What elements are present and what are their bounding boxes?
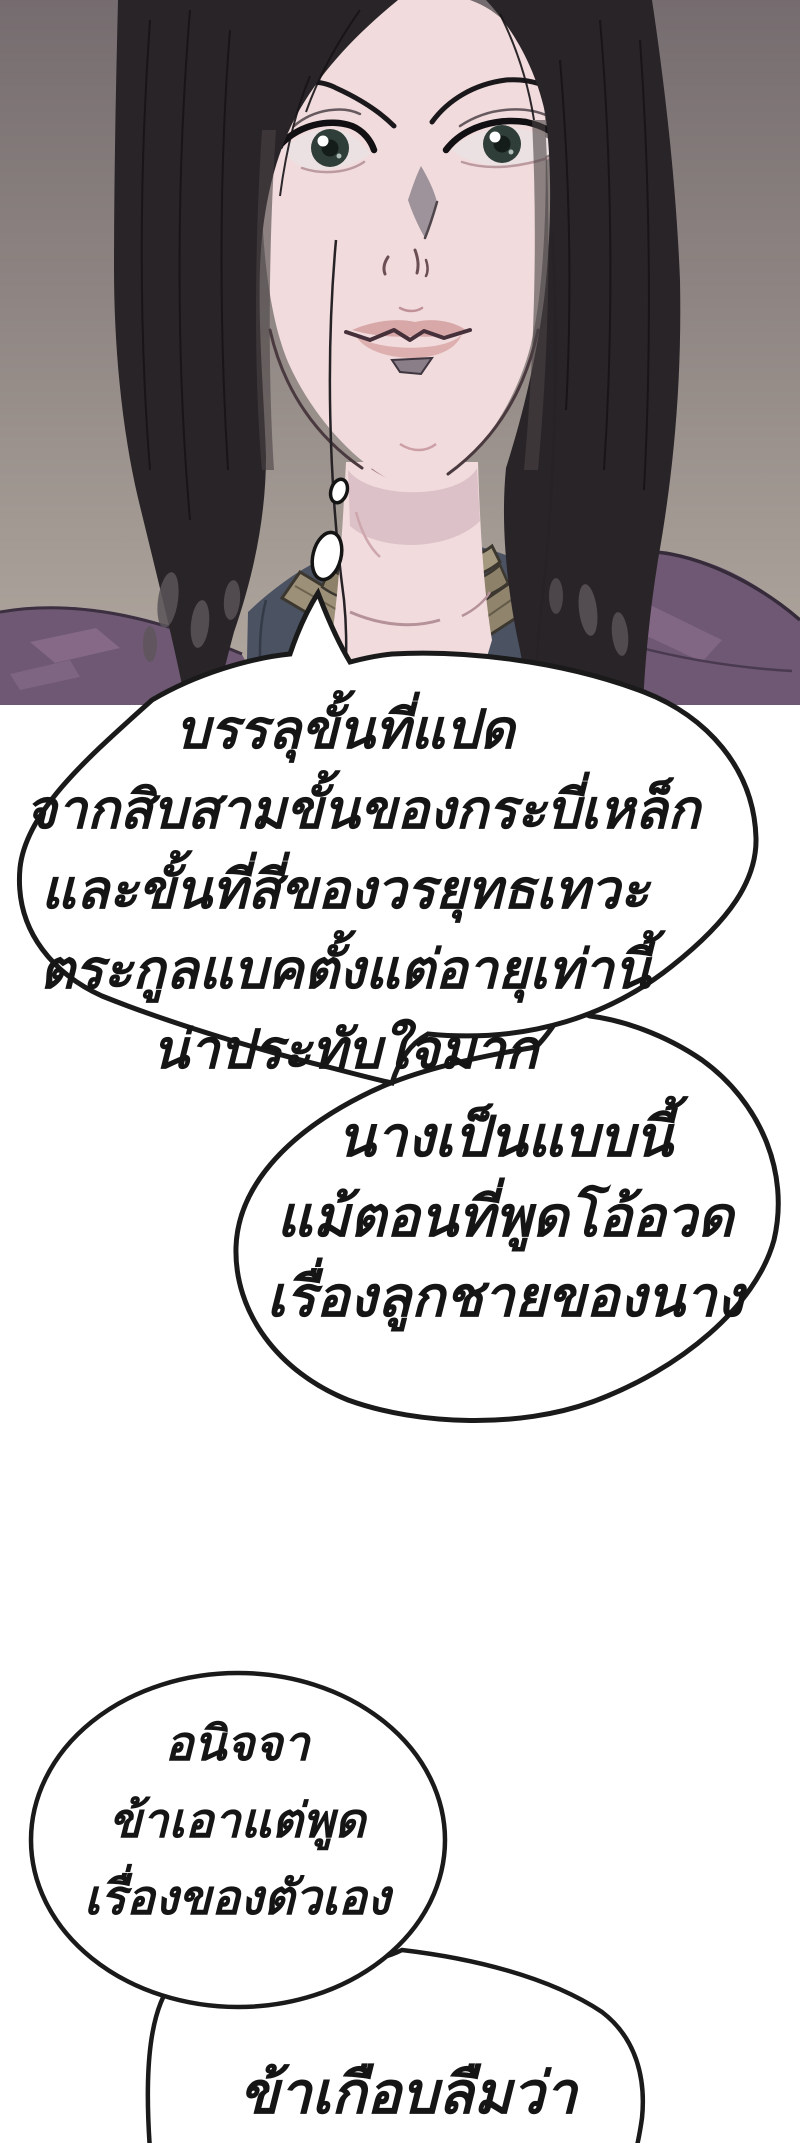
bubble-line: ข้าเอาแต่พูด (32, 1783, 442, 1860)
bubble-line: และขั้นที่สี่ของวรยุทธเทวะ (25, 850, 665, 930)
speech-bubble-right-text: นางเป็นแบบนี้ แม้ตอนที่พูดโอ้อวด เรื่องล… (215, 1098, 795, 1338)
bubble-line: เรื่องของตัวเอง (32, 1860, 442, 1937)
bubble-line: น่าประทับใจมาก (25, 1010, 665, 1090)
bubble-line: ข้าเกือบลืมว่า (158, 2058, 658, 2130)
bubble-line: ตระกูลแบคตั้งแต่อายุเท่านี้ (25, 930, 665, 1010)
bubble-line: บรรลุขั้นที่แปด (25, 690, 665, 770)
thought-trail-oval-large (308, 529, 347, 582)
thought-bubble-top-text: บรรลุขั้นที่แปด จากสิบสามขั้นของกระบี่เห… (25, 690, 665, 1090)
bubble-line: แม้ตอนที่พูดโอ้อวด (215, 1178, 795, 1258)
bubble-line: เรื่องลูกชายของนาง (215, 1258, 795, 1338)
thought-trail-oval-small (328, 477, 351, 505)
bubble-line: อนิจจา (32, 1706, 442, 1783)
speech-bubble-left-text: อนิจจา ข้าเอาแต่พูด เรื่องของตัวเอง (32, 1706, 442, 1937)
bubble-line: นางเป็นแบบนี้ (215, 1098, 795, 1178)
webtoon-page: บรรลุขั้นที่แปด จากสิบสามขั้นของกระบี่เห… (0, 0, 800, 2143)
bubble-line: จากสิบสามขั้นของกระบี่เหล็ก (25, 770, 665, 850)
speech-bubble-bottom-text: ข้าเกือบลืมว่า (158, 2058, 658, 2130)
